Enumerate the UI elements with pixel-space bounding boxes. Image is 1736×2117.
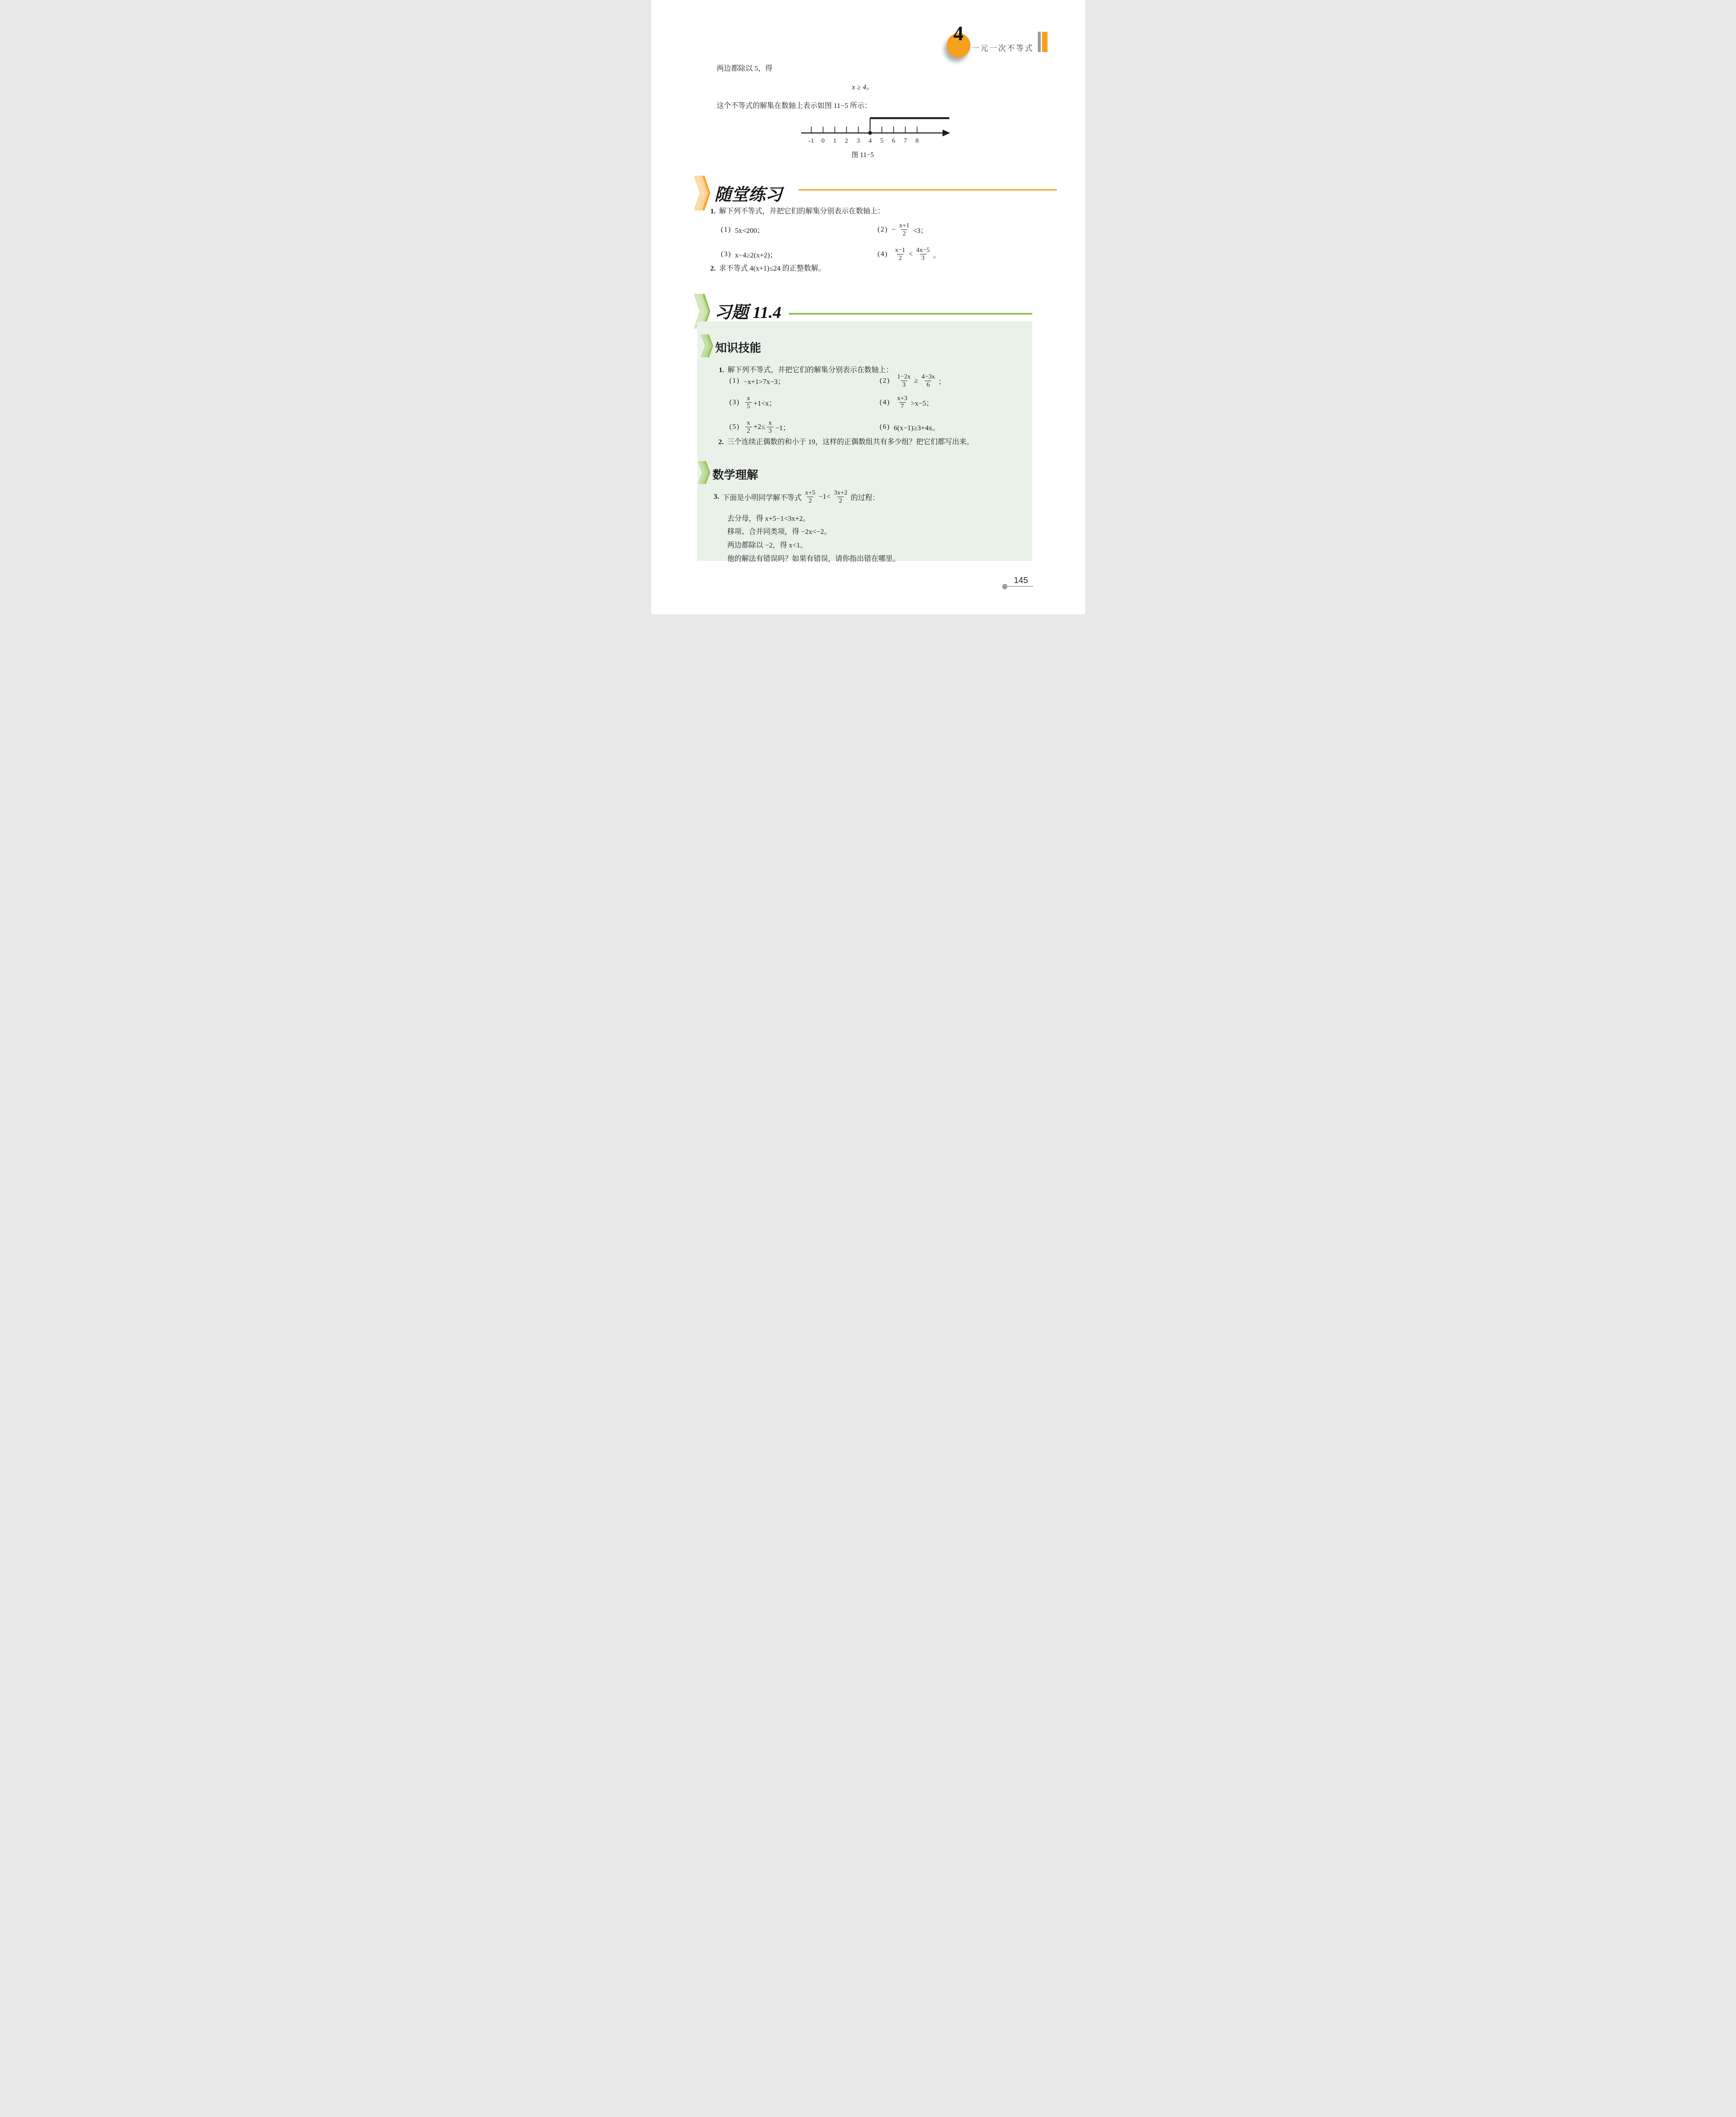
solution-question: 他的解法有错误吗？如果有错误，请你指出错在哪里。 [727, 554, 900, 564]
svg-text:4: 4 [868, 138, 872, 144]
equation-2: (2) − x+1 2 <3； [878, 220, 928, 239]
page-number: 145 [1014, 576, 1028, 586]
equation-3: (3) x−4≥2(x+2)； [721, 245, 777, 263]
equation-4: (4) x−1 2 < 4x−5 3 。 [878, 245, 940, 263]
item-text: 的过程： [851, 492, 879, 502]
equation-1: (1) −x+1>7x−3； [730, 371, 785, 390]
axis-arrow [943, 130, 950, 136]
item-number: 1. [719, 366, 724, 374]
subsection-title: 知识技能 [716, 339, 761, 355]
solution-math: x ≥ 4。 [717, 82, 1009, 92]
item-number: 2. [719, 438, 724, 446]
equation-6: (6) 6(x−1)≥3+4x。 [880, 417, 940, 436]
subsection-chevron-icon [701, 334, 714, 358]
chapter-number: 4 [947, 22, 970, 45]
svg-text:0: 0 [821, 138, 825, 144]
solution-step: 两边都除以 −2，得 x<1。 [727, 540, 807, 550]
item-text: 求不等式 4(x+1)≤24 的正整数解。 [719, 264, 825, 272]
svg-text:7: 7 [904, 138, 907, 144]
equation-2: (2) 1−2x 3 ≥ 4−3x 6 ； [880, 371, 946, 390]
svg-text:2: 2 [845, 138, 848, 144]
svg-text:1: 1 [833, 138, 836, 144]
item-text: 解下列不等式，并把它们的解集分别表示在数轴上： [719, 207, 885, 215]
header-orange-bar [1042, 32, 1048, 52]
item-number: 1. [710, 207, 716, 215]
exercise-item: 2.三个连续正偶数的和小于 19，这样的正偶数组共有多少组？把它们都写出来。 [719, 437, 1036, 447]
fraction: 4x−5 3 [915, 246, 932, 262]
equation-5: (5) x 2 +2≤ x 3 −1； [730, 417, 790, 436]
equation-4: (4) x+3 7 >x−5； [880, 393, 934, 412]
item-number: 2. [710, 264, 716, 272]
section-rule-green [789, 313, 1032, 315]
intro-line-1: 两边都除以 5，得 [717, 64, 773, 74]
fraction: x 3 [767, 419, 774, 435]
item-text: 三个连续正偶数的和小于 19，这样的正偶数组共有多少组？把它们都写出来。 [727, 438, 973, 446]
item-text: 下面是小明同学解不等式 [722, 492, 802, 502]
chapter-title: 一元一次不等式 [972, 42, 1034, 53]
subsection-chevron-icon [698, 461, 711, 484]
fraction: 4−3x 6 [920, 373, 937, 389]
svg-text:3: 3 [857, 138, 860, 144]
solution-step: 去分母，得 x+5−1<3x+2。 [727, 514, 810, 524]
fraction: x 5 [745, 395, 752, 410]
numberline-figure: -1 0 1 2 3 4 5 6 7 8 [799, 114, 952, 153]
textbook-page: 4 一元一次不等式 两边都除以 5，得 x ≥ 4。 这个不等式的解集在数轴上表… [651, 0, 1085, 614]
svg-text:-1: -1 [808, 138, 814, 144]
fraction: x+3 7 [896, 395, 909, 410]
fraction: x+1 2 [897, 222, 911, 238]
intro-line-2: 这个不等式的解集在数轴上表示如图 11−5 所示： [717, 101, 872, 111]
fraction: x 2 [745, 419, 752, 435]
section-title-xiti: 习题 11.4 [715, 299, 782, 323]
item-number: 3. [714, 492, 719, 501]
exercise-item: 1.解下列不等式，并把它们的解集分别表示在数轴上： [710, 206, 885, 216]
fraction: x+5 2 [803, 489, 817, 505]
numberline-svg: -1 0 1 2 3 4 5 6 7 8 [799, 114, 952, 153]
fraction: 1−2x 3 [896, 373, 912, 389]
solution-step: 移项、合并同类项，得 −2x<−2。 [727, 527, 832, 537]
footer-rule [1005, 586, 1033, 587]
subsection-title: 数学理解 [713, 466, 758, 482]
axis-tick-labels: -1 0 1 2 3 4 5 6 7 8 [808, 138, 918, 144]
header-gray-bar [1038, 32, 1041, 52]
figure-caption: 图 11−5 [816, 151, 909, 160]
equation-1: (1) 5x<200； [721, 220, 764, 239]
svg-text:8: 8 [915, 138, 919, 144]
svg-text:5: 5 [880, 138, 883, 144]
fraction: 3x+2 2 [832, 489, 849, 505]
equation-3: (3) x 5 +1<x； [730, 393, 776, 412]
section-rule-orange [799, 189, 1057, 191]
svg-text:6: 6 [892, 138, 895, 144]
exercise-item-3: 3. 下面是小明同学解不等式 x+5 2 −1< 3x+2 2 的过程： [714, 486, 880, 508]
section-chevron-icon [694, 175, 712, 211]
section-title-suitang: 随堂练习 [715, 181, 782, 205]
exercise-item: 2.求不等式 4(x+1)≤24 的正整数解。 [710, 263, 826, 274]
fraction: x−1 2 [893, 246, 907, 262]
axis-ticks [811, 127, 917, 133]
